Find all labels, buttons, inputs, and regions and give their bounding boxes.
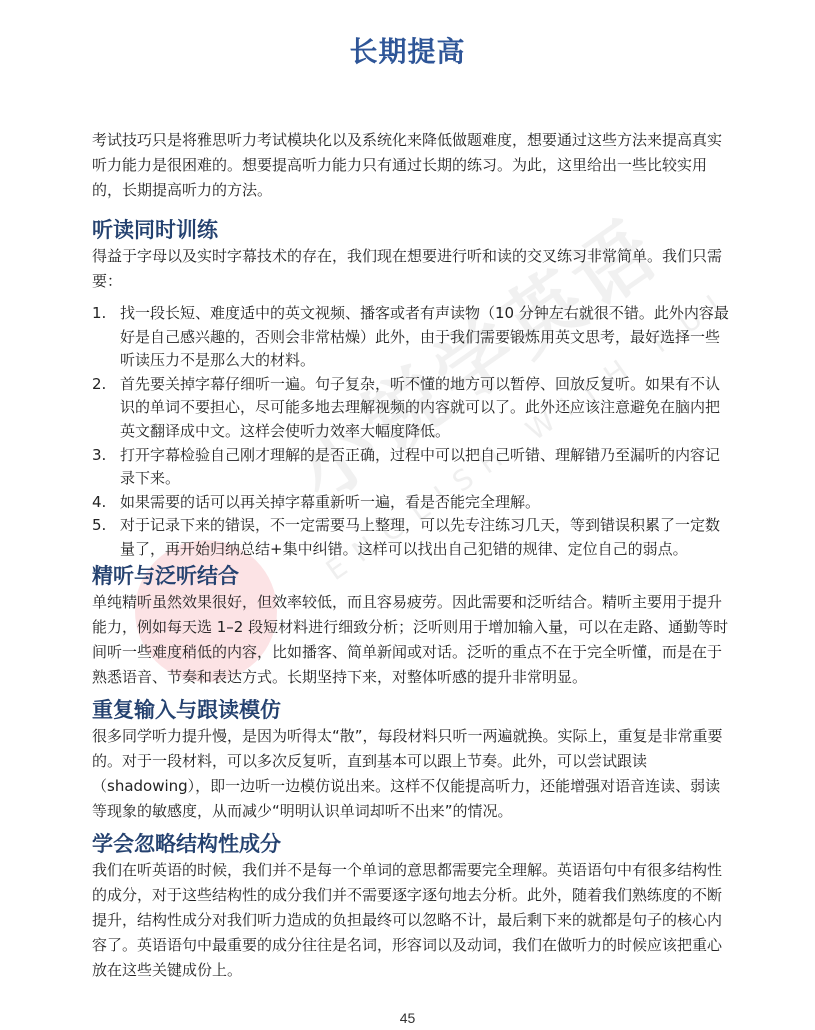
section-heading-intensive-extensive: 精听与泛听结合 [92,562,239,590]
section-body-ignore-structure: 我们在听英语的时候，我们并不是每一个单词的意思都需要完全理解。英语语句中有很多结… [92,858,732,983]
page-number: 45 [0,1010,815,1026]
list-item: 5. 对于记录下来的错误，不一定需要马上整理，可以先专注练习几天，等到错误积累了… [92,514,732,561]
list-text: 首先要关掉字幕仔细听一遍。句子复杂，听不懂的地方可以暂停、回放反复听。如果有不认… [120,375,720,440]
steps-list: 1. 找一段长短、难度适中的英文视频、播客或者有声读物（10 分钟左右就很不错。… [92,302,732,562]
section-heading-ignore-structure: 学会忽略结构性成分 [92,830,281,858]
list-number: 2. [92,373,106,397]
list-text: 如果需要的话可以再关掉字幕重新听一遍，看是否能完全理解。 [120,493,540,511]
list-number: 3. [92,444,106,468]
section-body-listen-read: 得益于字母以及实时字幕技术的存在，我们现在想要进行听和读的交叉练习非常简单。我们… [92,244,732,294]
section-heading-repeat-shadow: 重复输入与跟读模仿 [92,696,281,724]
intro-paragraph: 考试技巧只是将雅思听力考试模块化以及系统化来降低做题难度，想要通过这些方法来提高… [92,128,732,203]
list-text: 对于记录下来的错误，不一定需要马上整理，可以先专注练习几天，等到错误积累了一定数… [120,516,720,558]
section-body-repeat-shadow: 很多同学听力提升慢，是因为听得太“散”，每段材料只听一两遍就换。实际上，重复是非… [92,724,732,824]
document-page: 小锐学英语 ENGLISH WITH RUI 长期提高 考试技巧只是将雅思听力考… [0,0,815,1030]
section-heading-listen-read: 听读同时训练 [92,216,218,244]
list-number: 1. [92,302,106,326]
list-item: 1. 找一段长短、难度适中的英文视频、播客或者有声读物（10 分钟左右就很不错。… [92,302,732,373]
list-item: 4. 如果需要的话可以再关掉字幕重新听一遍，看是否能完全理解。 [92,491,732,515]
list-item: 2. 首先要关掉字幕仔细听一遍。句子复杂，听不懂的地方可以暂停、回放反复听。如果… [92,373,732,444]
list-number: 5. [92,514,106,538]
section-body-intensive-extensive: 单纯精听虽然效果很好，但效率较低，而且容易疲劳。因此需要和泛听结合。精听主要用于… [92,590,732,690]
list-number: 4. [92,491,106,515]
list-item: 3. 打开字幕检验自己刚才理解的是否正确，过程中可以把自己听错、理解错乃至漏听的… [92,444,732,491]
page-title: 长期提高 [0,30,815,70]
list-text: 打开字幕检验自己刚才理解的是否正确，过程中可以把自己听错、理解错乃至漏听的内容记… [120,446,720,488]
list-text: 找一段长短、难度适中的英文视频、播客或者有声读物（10 分钟左右就很不错。此外内… [120,304,729,369]
